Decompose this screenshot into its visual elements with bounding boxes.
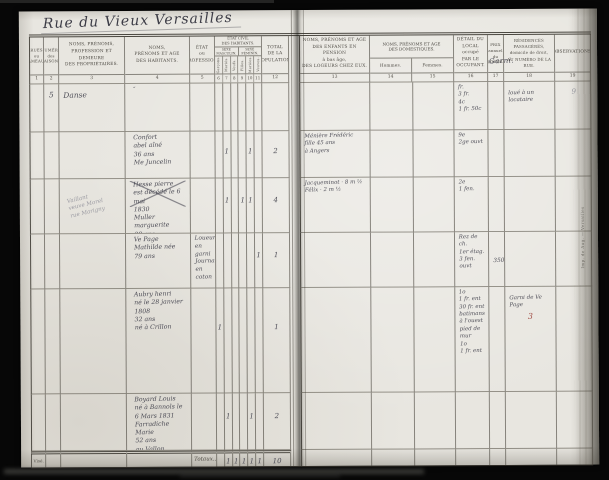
handwritten-entry: 1 bbox=[216, 324, 223, 333]
cell-c5 bbox=[192, 393, 217, 450]
handwritten-entry: 10 bbox=[264, 458, 290, 467]
cell-domf bbox=[414, 287, 456, 392]
cell-c2: 5 bbox=[44, 84, 59, 132]
census-table: RUES ou HAMEAUX. 1 NUMÉRO des MAISONS. 2… bbox=[29, 32, 593, 469]
sexe-feminin-label: SEXE FÉMININ. bbox=[237, 47, 261, 55]
cell-domf bbox=[415, 392, 456, 449]
subcol-maries: Mariés. bbox=[222, 57, 230, 74]
cell-t bbox=[215, 83, 223, 131]
handwritten-entry: 350 bbox=[489, 232, 505, 266]
cell-c1 bbox=[30, 289, 46, 394]
subcol-hommes: Hommes. 14 bbox=[370, 58, 411, 81]
handwritten-entry: 9e 2ge ouvt bbox=[454, 130, 487, 147]
cell-enf: Jacqueminot · 8 m ½ Félix · 2 m ½ bbox=[300, 178, 371, 233]
handwritten-entry: 1 bbox=[225, 412, 232, 421]
cell-tot: 4 bbox=[263, 178, 290, 233]
cell-t bbox=[231, 83, 239, 131]
header-col-residences-passageres: RÉSIDENCES PASSAGÈRES, domicile de droit… bbox=[504, 35, 555, 82]
cell-domh bbox=[372, 449, 415, 465]
printer-imprint: Imp. de Aug. — Versailles bbox=[580, 207, 585, 269]
column-number: 18 bbox=[504, 72, 554, 81]
handwritten-entry: 2e 1 fen. bbox=[455, 177, 488, 194]
handwritten-entry: Vaillant veuve Morel rue Marigny bbox=[61, 179, 126, 222]
cell-prix bbox=[490, 392, 506, 449]
header-label: RUES ou HAMEAUX. bbox=[30, 37, 43, 74]
cell-t bbox=[223, 83, 231, 131]
cell-t bbox=[255, 131, 263, 178]
handwritten-entry: 1 bbox=[256, 458, 263, 467]
handwritten-entry: 1 bbox=[248, 412, 255, 421]
subcol-filles: Filles. bbox=[238, 56, 246, 73]
cell-t bbox=[247, 83, 255, 131]
cell-res bbox=[505, 177, 556, 232]
handwritten-entry: Totaux... bbox=[192, 453, 216, 462]
bottom-scan-streak-2 bbox=[180, 474, 340, 477]
handwritten-entry: ″ bbox=[125, 84, 189, 95]
cell-c4: Ve Page Mathilde née 79 ans bbox=[126, 234, 191, 289]
handwritten-entry: Danse bbox=[59, 84, 124, 101]
cell-c2 bbox=[45, 179, 60, 234]
cell-c2 bbox=[44, 132, 59, 179]
cell-c3 bbox=[59, 132, 125, 179]
header-col-rues: RUES ou HAMEAUX. 1 bbox=[29, 37, 44, 84]
cell-domh bbox=[372, 392, 415, 449]
cell-t: 1 bbox=[225, 450, 233, 466]
cell-c5 bbox=[190, 131, 215, 178]
handwritten-entry: Boyard Louis né à Bannols le 6 Mars 1831… bbox=[127, 394, 192, 451]
cell-res: loué à un locataire bbox=[504, 82, 555, 130]
rotated-subcolumn-labels: Garçons. Mariés. Veufs. Filles. Mariées.… bbox=[215, 56, 261, 73]
header-col-proprietaires: NOMS, PRÉNOMS, PROFESSION ET DEMEURE DES… bbox=[59, 37, 125, 84]
table-row: Confort abel aîné 36 ans Me Juncelin112M… bbox=[29, 130, 591, 180]
cell-c4: Confort abel aîné 36 ans Me Juncelin bbox=[125, 132, 190, 179]
cell-tot: 1 bbox=[263, 233, 290, 288]
cell-c2 bbox=[46, 394, 61, 451]
cell-enf bbox=[299, 83, 370, 131]
cell-t: 1 bbox=[248, 450, 256, 466]
column-number: 3 bbox=[59, 74, 124, 83]
header-label: NOMS, PRÉNOMS ET AGE DES ENFANTS EN PENS… bbox=[300, 36, 369, 73]
handwritten-entry: 5 bbox=[44, 84, 58, 100]
cell-loc bbox=[456, 392, 490, 449]
cell-tot: 10 bbox=[264, 450, 291, 466]
cell-loc: 9e 2ge ouvt bbox=[454, 130, 488, 177]
cell-enf bbox=[300, 233, 371, 288]
cell-prix bbox=[490, 449, 506, 465]
cell-domf bbox=[413, 82, 454, 130]
cell-domh bbox=[371, 177, 414, 232]
sexe-masculin-label: SEXE MASCULIN. bbox=[215, 47, 238, 55]
column-number: 5 bbox=[190, 73, 214, 82]
cell-domh bbox=[370, 82, 413, 130]
header-group-domestiques: NOMS, PRÉNOMS ET AGE DES DOMESTIQUES. Ho… bbox=[370, 35, 454, 82]
cell-res bbox=[504, 130, 555, 177]
handwritten-entry: Ve Page Mathilde née 79 ans bbox=[126, 234, 190, 262]
header-label: RÉSIDENCES PASSAGÈRES, domicile de droit… bbox=[504, 35, 554, 72]
cell-c4: Hesse pierre est décédé le 6 mai 1830 Mu… bbox=[126, 179, 191, 234]
cell-enf bbox=[300, 288, 372, 393]
handwritten-entry: 4 bbox=[263, 196, 289, 206]
handwritten-entry: 1 bbox=[263, 251, 289, 261]
handwritten-entry: Ménière Frédéric fille 45 ans à Angers bbox=[300, 131, 370, 156]
cell-res bbox=[506, 449, 557, 465]
cell-c4: Aubry henri né le 28 janvier 1808 32 ans… bbox=[126, 289, 192, 394]
header-label: NOMS, PRÉNOMS ET AGE DES HABITANTS. bbox=[125, 37, 189, 74]
cell-c1 bbox=[30, 234, 45, 289]
column-number: 17 bbox=[488, 72, 503, 81]
handwritten-entry: 2 bbox=[262, 147, 288, 157]
cell-loc bbox=[456, 449, 490, 465]
cell-c3: Danse bbox=[59, 84, 125, 132]
cell-c1 bbox=[30, 179, 45, 234]
cell-c5: Totaux... bbox=[192, 450, 217, 466]
cell-res bbox=[505, 232, 556, 287]
cell-domh bbox=[371, 287, 415, 392]
table-row: Boyard Louis né à Bannols le 6 Mars 1831… bbox=[31, 392, 593, 452]
cell-t bbox=[239, 131, 247, 178]
cell-c1: Visé. bbox=[31, 451, 46, 467]
cell-prix: 350 bbox=[489, 232, 505, 287]
header-label: NOMS, PRÉNOMS, PROFESSION ET DEMEURE DES… bbox=[59, 37, 124, 74]
handwritten-entry: Loueur en garni Journalière en coton bbox=[191, 233, 216, 282]
cell-loc: 1o 1 fr. ent 30 fr. ent batimans à l'oue… bbox=[455, 287, 490, 392]
header-label: DÉTAIL DU LOCAL occupé PAR LE OCCUPANT. bbox=[454, 35, 487, 72]
header-col-prix-loyer: PRIX annuel du LOYER. 17 bbox=[488, 35, 504, 82]
header-col-profession: ÉTAT ou PROFESSION. 5 bbox=[190, 36, 215, 83]
header-label: ÉTAT ou PROFESSION. bbox=[190, 36, 214, 73]
cell-domf bbox=[413, 130, 454, 177]
cell-c2 bbox=[46, 451, 61, 467]
handwritten-entry: Jacqueminot · 8 m ½ Félix · 2 m ½ bbox=[300, 178, 369, 196]
cell-t bbox=[217, 450, 225, 466]
handwritten-entry: 1o 1 fr. ent 30 fr. ent batimans à l'oue… bbox=[455, 287, 489, 356]
column-number: 12 bbox=[262, 73, 288, 82]
cell-prix bbox=[489, 287, 506, 392]
cell-t bbox=[231, 131, 239, 178]
cell-domh bbox=[371, 232, 414, 287]
subcol-veufs: Veufs. bbox=[230, 56, 238, 73]
cell-c5 bbox=[191, 178, 216, 233]
cell-t: 1 bbox=[247, 131, 255, 178]
handwritten-entry: Hesse pierre est décédé le 6 mai 1830 Mu… bbox=[126, 179, 191, 234]
cell-c1 bbox=[29, 132, 44, 179]
street-title: Rue du Vieux Versailles bbox=[41, 10, 241, 35]
page-fold bbox=[291, 10, 306, 466]
sex-subheaders: SEXE MASCULIN. SEXE FÉMININ. bbox=[215, 47, 261, 57]
totals-row: Visé.Totaux...1111110 bbox=[31, 449, 593, 468]
cell-t bbox=[215, 131, 223, 178]
header-col-enfants: NOMS, PRÉNOMS ET AGE DES ENFANTS EN PENS… bbox=[299, 36, 370, 83]
cell-tot: 1 bbox=[263, 288, 291, 393]
cell-c5: Loueur en garni Journalière en coton bbox=[191, 233, 216, 288]
column-number: 13 bbox=[300, 73, 369, 82]
cell-c5 bbox=[190, 83, 215, 131]
cell-res bbox=[506, 392, 557, 449]
handwritten-entry: 1 bbox=[247, 197, 254, 206]
header-label: TOTAL DE LA POPULATION. bbox=[262, 36, 288, 73]
handwritten-entry: Rez de ch. 1er étag. 3 fen. ouvt bbox=[455, 232, 489, 271]
handwritten-entry: 1 bbox=[239, 197, 246, 206]
cell-loc: Rez de ch. 1er étag. 3 fen. ouvt bbox=[455, 232, 489, 287]
cell-c2 bbox=[45, 234, 60, 289]
cell-t: 1 bbox=[241, 450, 249, 466]
cell-c4: Boyard Louis né à Bannols le 6 Mars 1831… bbox=[127, 394, 192, 451]
cell-loc: fr. 3 fr. 4c 1 fr. 50c bbox=[454, 82, 488, 130]
cell-enf bbox=[301, 393, 372, 450]
cell-prix bbox=[489, 177, 505, 232]
column-number: 4 bbox=[125, 74, 189, 83]
handwritten-entry: Visé. bbox=[32, 454, 45, 463]
header-label: PRIX annuel du LOYER. bbox=[488, 35, 503, 72]
cell-tot: 2 bbox=[262, 131, 289, 178]
handwritten-entry: 2 bbox=[264, 412, 290, 422]
column-number: 1 bbox=[30, 74, 43, 83]
subcol-femmes: Femmes. 15 bbox=[411, 58, 453, 81]
cell-tot: 2 bbox=[264, 393, 291, 450]
handwritten-entry: 1 bbox=[225, 458, 232, 467]
subcol-mariees: Mariées. bbox=[245, 56, 253, 73]
cell-c4: ″ bbox=[125, 84, 190, 132]
cell-c5 bbox=[191, 288, 217, 393]
cell-res: Garni de Ve Page3 bbox=[505, 287, 557, 392]
header-group-etat-civil: ÉTAT CIVIL DES HABITANTS. SEXE MASCULIN.… bbox=[215, 36, 262, 83]
header-col-total-population: TOTAL DE LA POPULATION. 12 bbox=[262, 36, 289, 83]
cell-prix bbox=[488, 82, 504, 130]
cell-c3 bbox=[61, 451, 127, 467]
header-label: NUMÉRO des MAISONS. bbox=[44, 37, 58, 74]
column-number: 16 bbox=[454, 72, 487, 81]
cell-enf: Ménière Frédéric fille 45 ans à Angers bbox=[299, 131, 370, 178]
cell-tot bbox=[262, 83, 289, 131]
cell-domh bbox=[370, 130, 413, 177]
handwritten-entry: 1 bbox=[263, 323, 289, 333]
subcol-veuves: Veuves. bbox=[253, 56, 261, 73]
subcolumn-numbers: 67 89 1011 bbox=[215, 73, 261, 82]
cell-t bbox=[254, 83, 262, 131]
handwritten-entry: loué à un locataire bbox=[504, 82, 554, 106]
scanned-register-page: Rue du Vieux Versailles Garni. RUES ou H… bbox=[19, 8, 599, 467]
cell-c2 bbox=[45, 289, 61, 394]
handwritten-entry: 1 bbox=[247, 147, 254, 156]
table-row: Aubry henri né le 28 janvier 1808 32 ans… bbox=[30, 287, 593, 395]
microfilm-frame: Rue du Vieux Versailles Garni. RUES ou H… bbox=[0, 0, 609, 480]
handwritten-entry: 1 bbox=[223, 147, 230, 156]
table-row: Vaillant veuve Morel rue MarignyHesse pi… bbox=[30, 177, 592, 235]
cell-c4 bbox=[127, 451, 192, 467]
column-number: 2 bbox=[44, 74, 58, 83]
cell-t bbox=[239, 83, 247, 131]
handwritten-entry: 1 bbox=[241, 458, 248, 467]
header-col-habitants: NOMS, PRÉNOMS ET AGE DES HABITANTS. 4 bbox=[125, 37, 190, 84]
handwritten-entry: 1 bbox=[255, 252, 262, 261]
cell-c3 bbox=[60, 234, 126, 289]
cell-t: 1 bbox=[233, 450, 241, 466]
page-edge-curl bbox=[573, 8, 599, 464]
handwritten-entry: 1 bbox=[248, 458, 255, 467]
cell-enf bbox=[301, 450, 372, 466]
red-annotation: 3 bbox=[505, 311, 555, 320]
cell-loc: 2e 1 fen. bbox=[455, 177, 489, 232]
handwritten-entry: Confort abel aîné 36 ans Me Juncelin bbox=[125, 132, 190, 168]
cell-t: 1 bbox=[256, 450, 264, 466]
cell-prix bbox=[488, 130, 504, 177]
table-header: RUES ou HAMEAUX. 1 NUMÉRO des MAISONS. 2… bbox=[29, 35, 591, 85]
top-edge-strip bbox=[0, 0, 274, 3]
cell-domf bbox=[414, 232, 455, 287]
group-title: NOMS, PRÉNOMS ET AGE DES DOMESTIQUES. bbox=[370, 35, 453, 58]
domestiques-subheaders: Hommes. 14 Femmes. 15 bbox=[370, 58, 453, 81]
table-body: 5Danse″fr. 3 fr. 4c 1 fr. 50cloué à un l… bbox=[29, 82, 593, 468]
header-col-detail-local: DÉTAIL DU LOCAL occupé PAR LE OCCUPANT. … bbox=[454, 35, 488, 82]
cell-domf bbox=[414, 177, 455, 232]
handwritten-entry: Garni de Ve Page bbox=[505, 287, 555, 311]
cell-domf bbox=[415, 449, 456, 465]
handwritten-entry: Aubry henri né le 28 janvier 1808 32 ans… bbox=[126, 289, 191, 333]
handwritten-entry: fr. 3 fr. 4c 1 fr. 50c bbox=[454, 82, 487, 114]
header-col-numero-maison: NUMÉRO des MAISONS. 2 bbox=[44, 37, 59, 84]
cell-t: 1 bbox=[223, 131, 231, 178]
cell-c3: Vaillant veuve Morel rue Marigny bbox=[60, 179, 126, 234]
cell-c3 bbox=[61, 394, 127, 451]
table-row: Ve Page Mathilde née 79 ansLoueur en gar… bbox=[30, 232, 592, 290]
table-row: 5Danse″fr. 3 fr. 4c 1 fr. 50cloué à un l… bbox=[29, 82, 591, 133]
cell-c1 bbox=[29, 84, 44, 132]
handwritten-entry: 1 bbox=[224, 197, 231, 206]
cell-c1 bbox=[31, 394, 46, 451]
group-title: ÉTAT CIVIL DES HABITANTS. bbox=[215, 36, 261, 47]
cell-c3 bbox=[60, 289, 127, 394]
handwritten-entry: 1 bbox=[233, 458, 240, 467]
